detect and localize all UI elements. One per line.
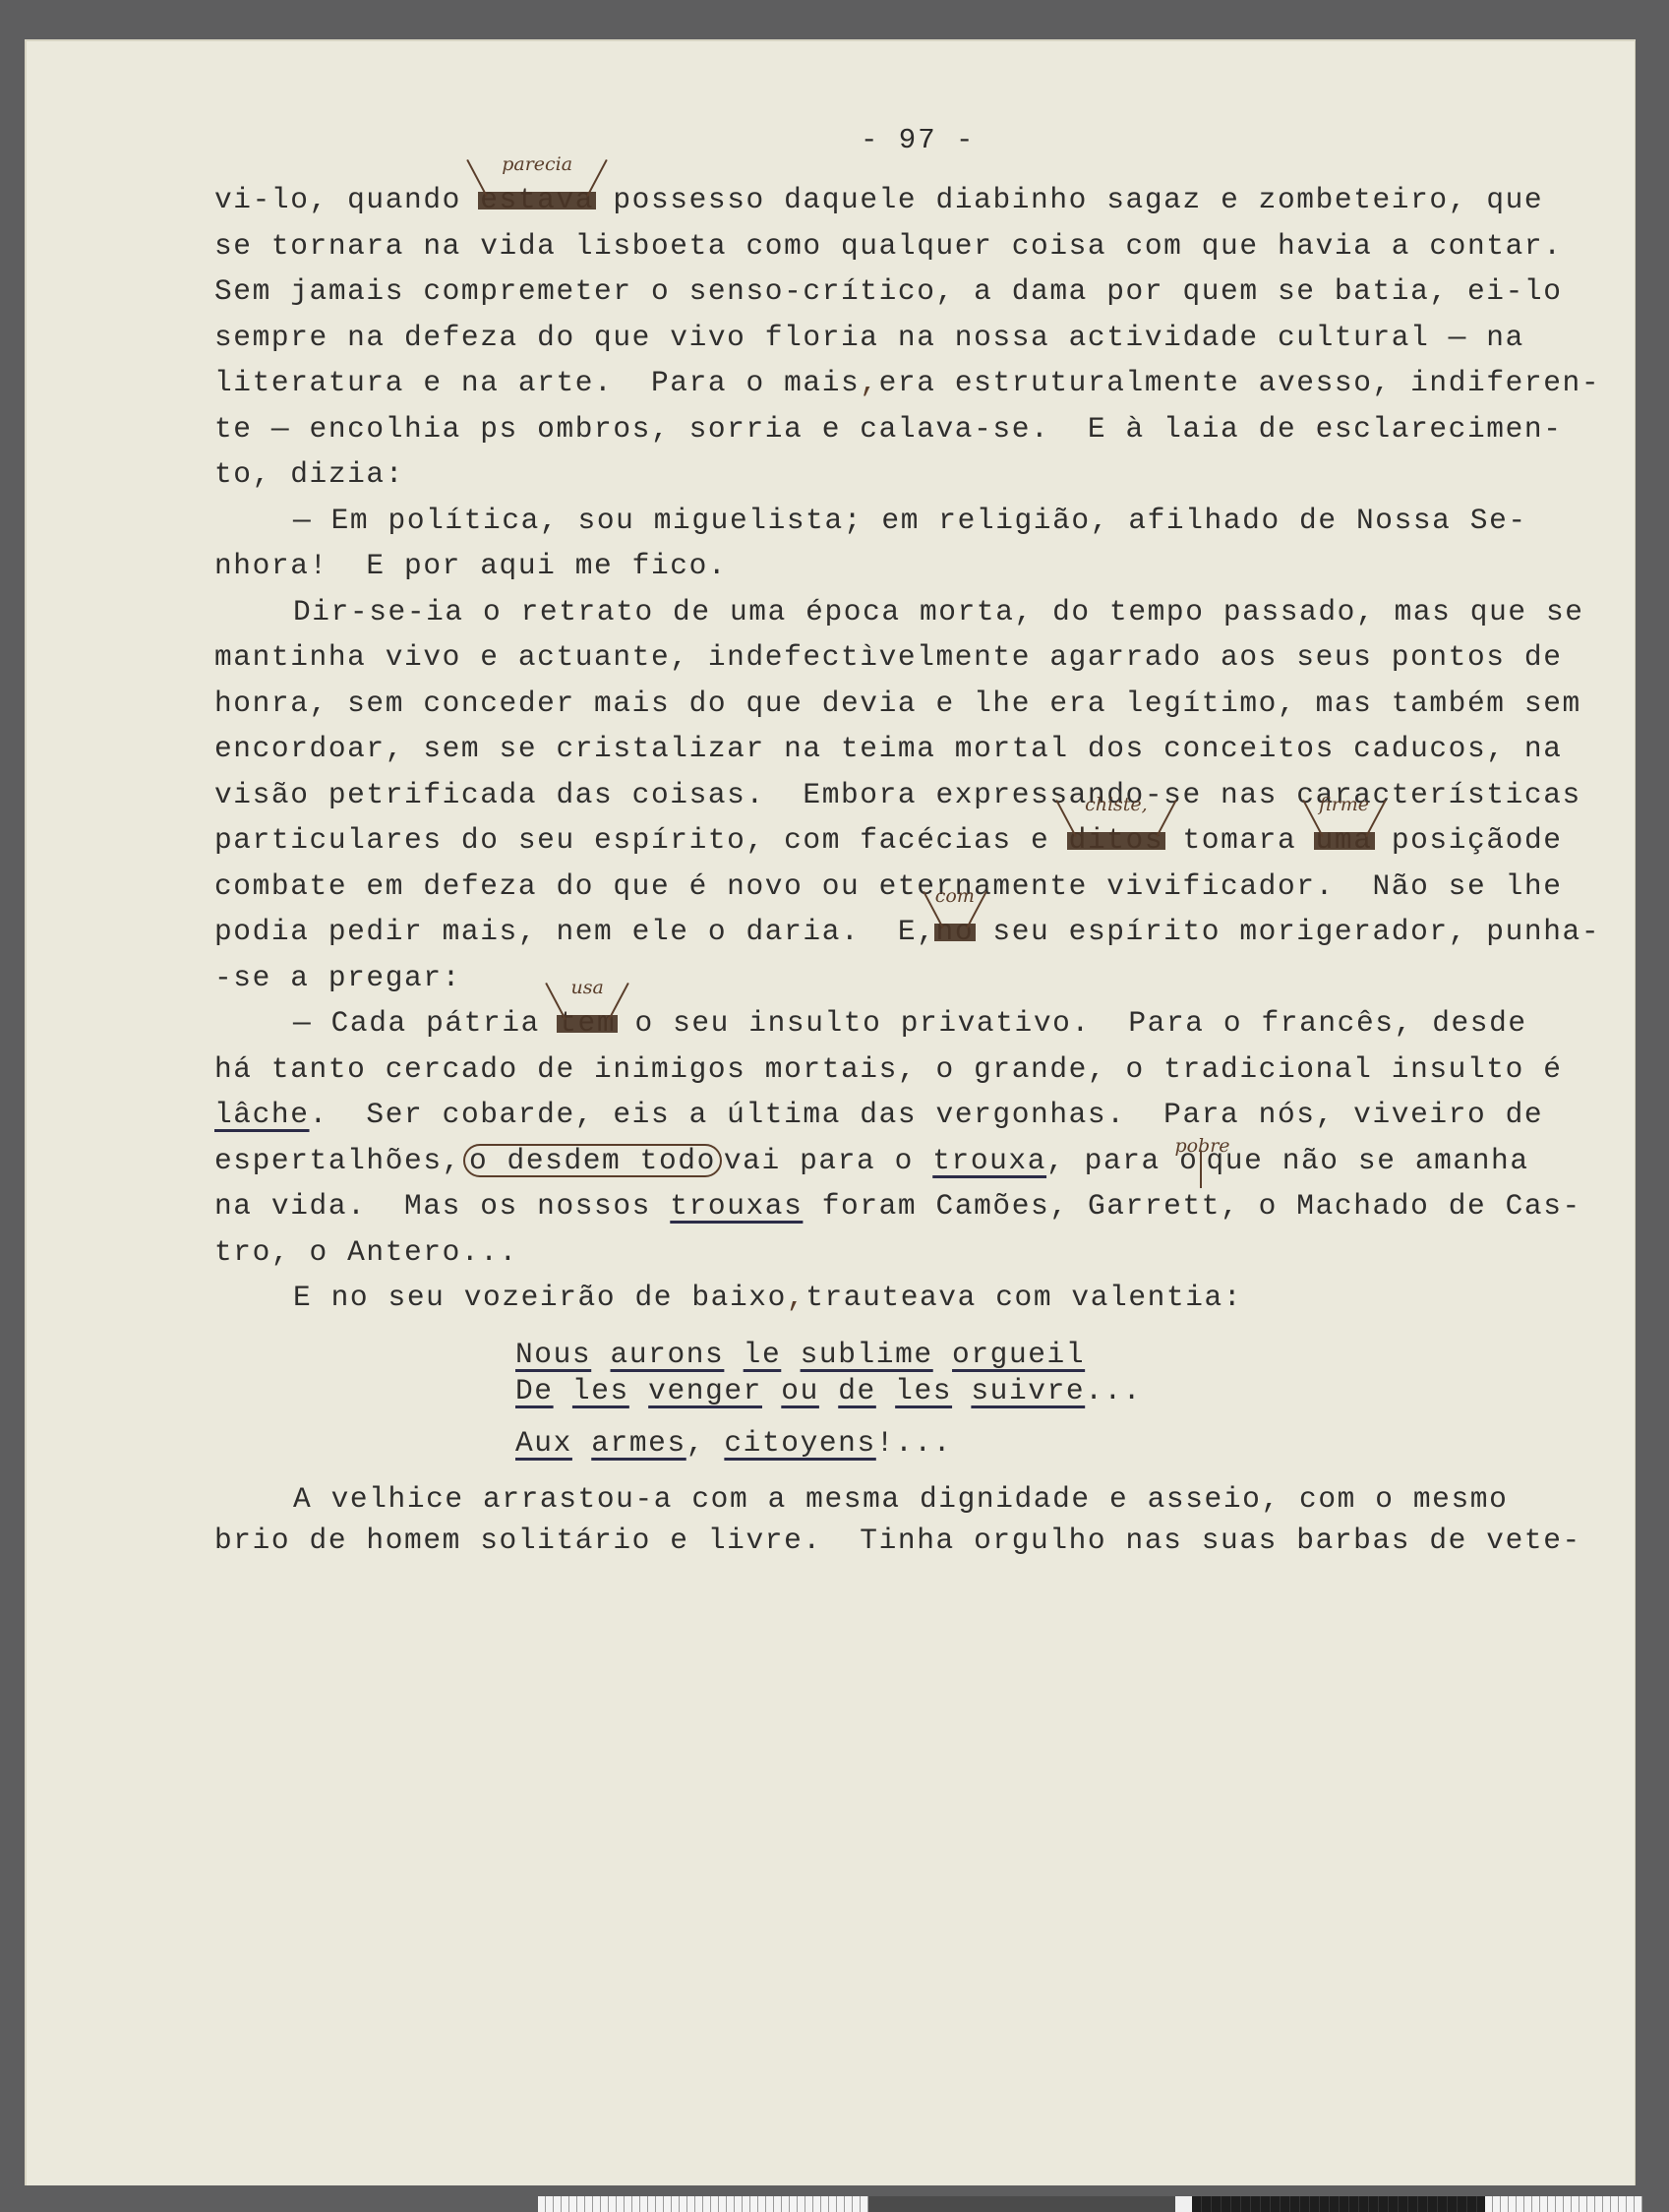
text-line: vi-lo, quando estavaparecia possesso daq… [214, 183, 1543, 216]
text-line: to, dizia: [214, 457, 404, 491]
typed-text [876, 1374, 895, 1407]
typed-text: to, dizia: [214, 457, 404, 491]
text-line: sempre na defeza do que vivo floria na n… [214, 321, 1524, 354]
typed-text: trauteava com valentia: [805, 1281, 1242, 1314]
text-line: mantinha vivo e actuante, indefectìvelme… [214, 640, 1563, 674]
underlined-text: ou [781, 1374, 819, 1407]
typed-text: podia pedir mais, nem ele o daria. E, [214, 915, 936, 948]
underlined-text: Aux [515, 1426, 572, 1460]
typed-text: sempre na defeza do que vivo floria na n… [214, 321, 1524, 354]
handwritten-correction: nocom [936, 915, 975, 948]
typed-text: posiçãode [1373, 823, 1563, 857]
typed-text: vai para o [724, 1144, 932, 1177]
text-line: De les venger ou de les suivre... [515, 1374, 1142, 1407]
typed-text: — Cada pátria [293, 1006, 559, 1040]
scale-bar-segment [1485, 2196, 1642, 2212]
underlined-text: de [838, 1374, 876, 1407]
underlined-text: orgueil [952, 1338, 1085, 1371]
underlined-text: armes [591, 1426, 686, 1460]
underlined-text: citoyens [724, 1426, 875, 1460]
underlined-text: venger [648, 1374, 762, 1407]
text-line: se tornara na vida lisboeta como qualque… [214, 229, 1563, 263]
circled-text: o desdem todo [463, 1144, 722, 1177]
text-line: nhora! E por aqui me fico. [214, 549, 727, 582]
handwritten-replacement: chiste, [1085, 788, 1148, 821]
typed-text [781, 1338, 800, 1371]
underlined-text: aurons [611, 1338, 725, 1371]
typed-text: -se a pregar: [214, 961, 461, 994]
typed-text [629, 1374, 648, 1407]
handwritten-correction: estavaparecia [480, 183, 594, 216]
typed-text: E no seu vozeirão de baixo [293, 1281, 787, 1314]
handwritten-correction: temusa [559, 1006, 616, 1040]
text-line: espertalhões,o desdem todovai para o tro… [214, 1144, 1529, 1177]
underlined-text: Nous [515, 1338, 591, 1371]
typed-text: ... [1085, 1374, 1142, 1407]
text-line: particulares do seu espírito, com facéci… [214, 823, 1563, 857]
underlined-text: le [744, 1338, 782, 1371]
scale-bar-segment [1192, 2196, 1485, 2212]
typed-text [724, 1338, 743, 1371]
text-line: encordoar, sem se cristalizar na teima m… [214, 732, 1563, 765]
text-line: A velhice arrastou-a com a mesma dignida… [293, 1482, 1508, 1516]
struck-word: tem [559, 1006, 616, 1040]
underlined-text: trouxa [932, 1144, 1046, 1177]
typed-text: honra, sem conceder mais do que devia e … [214, 687, 1581, 720]
typed-text: seu espírito morigerador, punha- [974, 915, 1600, 948]
typed-text: . Ser cobarde, eis a última das vergonha… [310, 1098, 1544, 1131]
typed-text: era estruturalmente avesso, indiferen- [879, 366, 1601, 399]
underlined-text: les [572, 1374, 629, 1407]
text-line: honra, sem conceder mais do que devia e … [214, 687, 1581, 720]
handwritten-comma: , [787, 1281, 805, 1314]
text-line: Dir-se-ia o retrato de uma época morta, … [293, 595, 1584, 628]
typed-text: !... [876, 1426, 952, 1460]
typed-text: combate em defeza do que é novo ou etern… [214, 869, 1563, 903]
scale-bar-segment [868, 2196, 1175, 2212]
underlined-text: suivre [971, 1374, 1085, 1407]
text-line: visão petrificada das coisas. Embora exp… [214, 778, 1581, 811]
typed-text: nhora! E por aqui me fico. [214, 549, 727, 582]
underlined-text: lâche [214, 1098, 310, 1131]
typed-text: tomara [1163, 823, 1315, 857]
handwritten-replacement: com [935, 879, 975, 913]
handwritten-replacement: usa [571, 971, 604, 1004]
typed-text: brio de homem solitário e livre. Tinha o… [214, 1524, 1581, 1557]
typed-text [819, 1374, 838, 1407]
typed-text: vi-lo, quando [214, 183, 480, 216]
typed-text: te — encolhia ps ombros, sorria e calava… [214, 412, 1563, 446]
typed-text: A velhice arrastou-a com a mesma dignida… [293, 1482, 1508, 1516]
handwritten-replacement: firme [1319, 788, 1369, 821]
text-line: Nous aurons le sublime orgueil [515, 1338, 1085, 1371]
typed-text: particulares do seu espírito, com facéci… [214, 823, 1069, 857]
typed-text: espertalhões, [214, 1144, 461, 1177]
typed-text: Dir-se-ia o retrato de uma época morta, … [293, 595, 1584, 628]
typed-text [933, 1338, 952, 1371]
typescript-page: - 97 - vi-lo, quando estavaparecia posse… [25, 39, 1636, 2185]
struck-word: ditos [1069, 823, 1164, 857]
text-line: lâche. Ser cobarde, eis a última das ver… [214, 1098, 1543, 1131]
struck-word: estava [480, 183, 594, 216]
typed-text: o seu insulto privativo. Para o francês,… [616, 1006, 1527, 1040]
text-line: te — encolhia ps ombros, sorria e calava… [214, 412, 1563, 446]
typed-text: , [686, 1426, 725, 1460]
underlined-text: les [895, 1374, 952, 1407]
text-line: literatura e na arte. Para o mais,era es… [214, 366, 1600, 399]
text-line: brio de homem solitário e livre. Tinha o… [214, 1524, 1581, 1557]
typed-text [952, 1374, 971, 1407]
page-number: - 97 - [861, 124, 975, 156]
text-line: — Cada pátria temusa o seu insulto priva… [293, 1006, 1527, 1040]
text-line: tro, o Antero... [214, 1235, 518, 1269]
handwritten-insert-word: pobre [1174, 1129, 1229, 1163]
handwritten-correction: umafirme [1316, 823, 1373, 857]
text-line: E no seu vozeirão de baixo,trauteava com… [293, 1281, 1242, 1314]
underlined-text: sublime [801, 1338, 933, 1371]
underlined-text: De [515, 1374, 554, 1407]
scale-bar-segment [538, 2196, 868, 2212]
text-line: há tanto cercado de inimigos mortais, o … [214, 1052, 1563, 1086]
typed-text: se tornara na vida lisboeta como qualque… [214, 229, 1563, 263]
typed-text: na vida. Mas os nossos [214, 1189, 670, 1223]
text-line: — Em política, sou miguelista; em religi… [293, 504, 1527, 537]
text-line: -se a pregar: [214, 961, 461, 994]
typed-text: possesso daquele diabinho sagaz e zombet… [594, 183, 1543, 216]
typed-text: literatura e na arte. Para o mais [214, 366, 860, 399]
text-line: Sem jamais compremeter o senso-crítico, … [214, 274, 1563, 308]
typed-text [591, 1338, 610, 1371]
typed-text: mantinha vivo e actuante, indefectìvelme… [214, 640, 1563, 674]
handwritten-correction: ditoschiste, [1069, 823, 1164, 857]
text-line: combate em defeza do que é novo ou etern… [214, 869, 1563, 903]
typed-text: — Em política, sou miguelista; em religi… [293, 504, 1527, 537]
struck-word: no [936, 915, 975, 948]
text-line: podia pedir mais, nem ele o daria. E,noc… [214, 915, 1600, 948]
typed-text: foram Camões, Garrett, o Machado de Cas- [803, 1189, 1580, 1223]
typed-text: que não se amanha [1206, 1144, 1528, 1177]
typed-text: Sem jamais compremeter o senso-crítico, … [214, 274, 1563, 308]
scale-bar-segment [1175, 2196, 1192, 2212]
struck-word: uma [1316, 823, 1373, 857]
text-line: Aux armes, citoyens!... [515, 1426, 952, 1460]
typed-text [554, 1374, 572, 1407]
text-line: na vida. Mas os nossos trouxas foram Cam… [214, 1189, 1581, 1223]
handwritten-comma: , [860, 366, 878, 399]
underlined-text: trouxas [670, 1189, 803, 1223]
typed-text [572, 1426, 591, 1460]
typed-text: visão petrificada das coisas. Embora exp… [214, 778, 1581, 811]
handwritten-replacement: parecia [502, 148, 572, 181]
typed-text: encordoar, sem se cristalizar na teima m… [214, 732, 1563, 765]
typed-text: há tanto cercado de inimigos mortais, o … [214, 1052, 1563, 1086]
typed-text [762, 1374, 781, 1407]
typed-text: tro, o Antero... [214, 1235, 518, 1269]
